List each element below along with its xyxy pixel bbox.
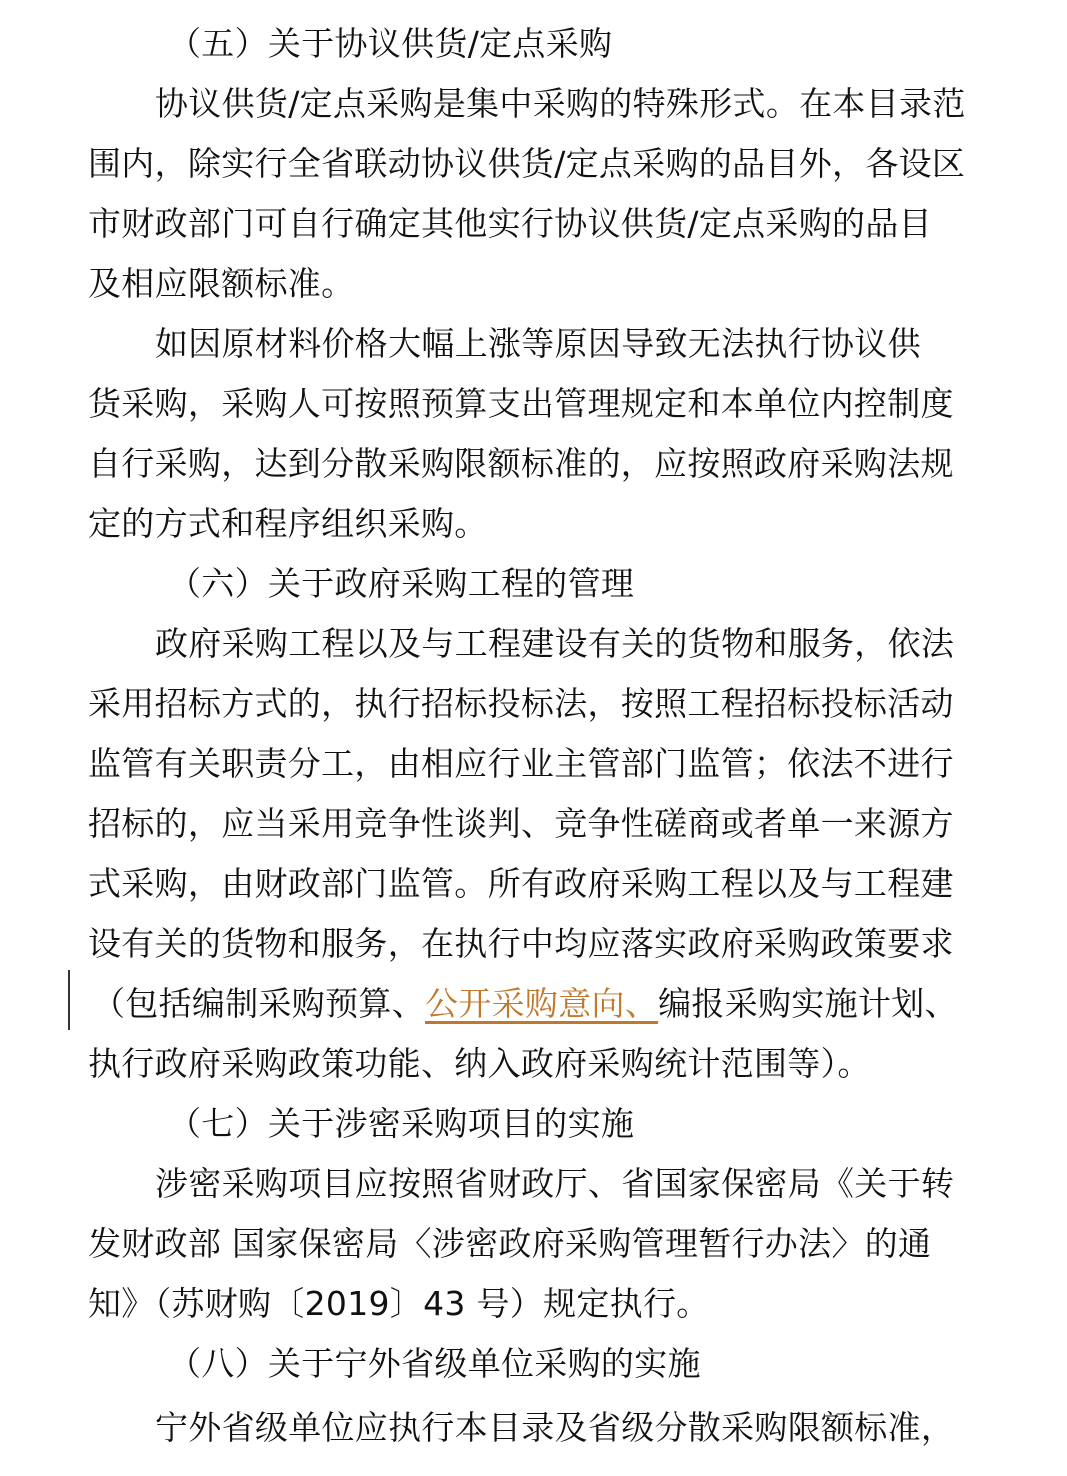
paragraph-line: 及相应限额标准。 xyxy=(88,264,354,304)
section-heading-8: （八）关于宁外省级单位采购的实施 xyxy=(168,1344,701,1384)
paragraph-line: 宁外省级单位应执行本目录及省级分散采购限额标准， xyxy=(155,1408,954,1448)
paragraph-line: 货采购，采购人可按照预算支出管理规定和本单位内控制度 xyxy=(88,384,954,424)
paragraph-line: 围内，除实行全省联动协议供货/定点采购的品目外，各设区 xyxy=(88,144,965,184)
paragraph-line: 监管有关职责分工，由相应行业主管部门监管；依法不进行 xyxy=(88,744,954,784)
paragraph-line: 采用招标方式的，执行招标投标法，按照工程招标投标活动 xyxy=(88,684,954,724)
paragraph-line: 设有关的货物和服务，在执行中均应落实政府采购政策要求 xyxy=(88,924,954,964)
paragraph-line: 市财政部门可自行确定其他实行协议供货/定点采购的品目 xyxy=(88,204,932,244)
section-heading-5: （五）关于协议供货/定点采购 xyxy=(168,24,612,64)
paragraph-line: 式采购，由财政部门监管。所有政府采购工程以及与工程建 xyxy=(88,864,954,904)
paragraph-line: 政府采购工程以及与工程建设有关的货物和服务，依法 xyxy=(155,624,954,664)
public-procurement-intent-link[interactable]: 公开采购意向、 xyxy=(425,984,658,1023)
link-line-before: （包括编制采购预算、 xyxy=(92,984,425,1023)
paragraph-line: 执行政府采购政策功能、纳入政府采购统计范围等）。 xyxy=(88,1044,871,1084)
paragraph-line: 自行采购，达到分散采购限额标准的，应按照政府采购法规 xyxy=(88,444,954,484)
section-heading-6: （六）关于政府采购工程的管理 xyxy=(168,564,634,604)
paragraph-line-with-link: （包括编制采购预算、公开采购意向、编报采购实施计划、 xyxy=(92,984,958,1024)
section-heading-7: （七）关于涉密采购项目的实施 xyxy=(168,1104,634,1144)
document-page: （五）关于协议供货/定点采购 协议供货/定点采购是集中采购的特殊形式。在本目录范… xyxy=(0,0,1067,1476)
paragraph-line: 如因原材料价格大幅上涨等原因导致无法执行协议供 xyxy=(155,324,921,364)
paragraph-line: 协议供货/定点采购是集中采购的特殊形式。在本目录范 xyxy=(155,84,966,124)
paragraph-line: 发财政部 国家保密局〈涉密政府采购管理暂行办法〉的通 xyxy=(88,1224,931,1264)
link-line-after: 编报采购实施计划、 xyxy=(658,984,958,1023)
paragraph-line: 知》（苏财购〔2019〕43 号）规定执行。 xyxy=(88,1284,710,1324)
text-cursor xyxy=(68,970,70,1030)
paragraph-line: 招标的，应当采用竞争性谈判、竞争性磋商或者单一来源方 xyxy=(88,804,954,844)
paragraph-line: 涉密采购项目应按照省财政厅、省国家保密局《关于转 xyxy=(155,1164,954,1204)
paragraph-line: 定的方式和程序组织采购。 xyxy=(88,504,488,544)
